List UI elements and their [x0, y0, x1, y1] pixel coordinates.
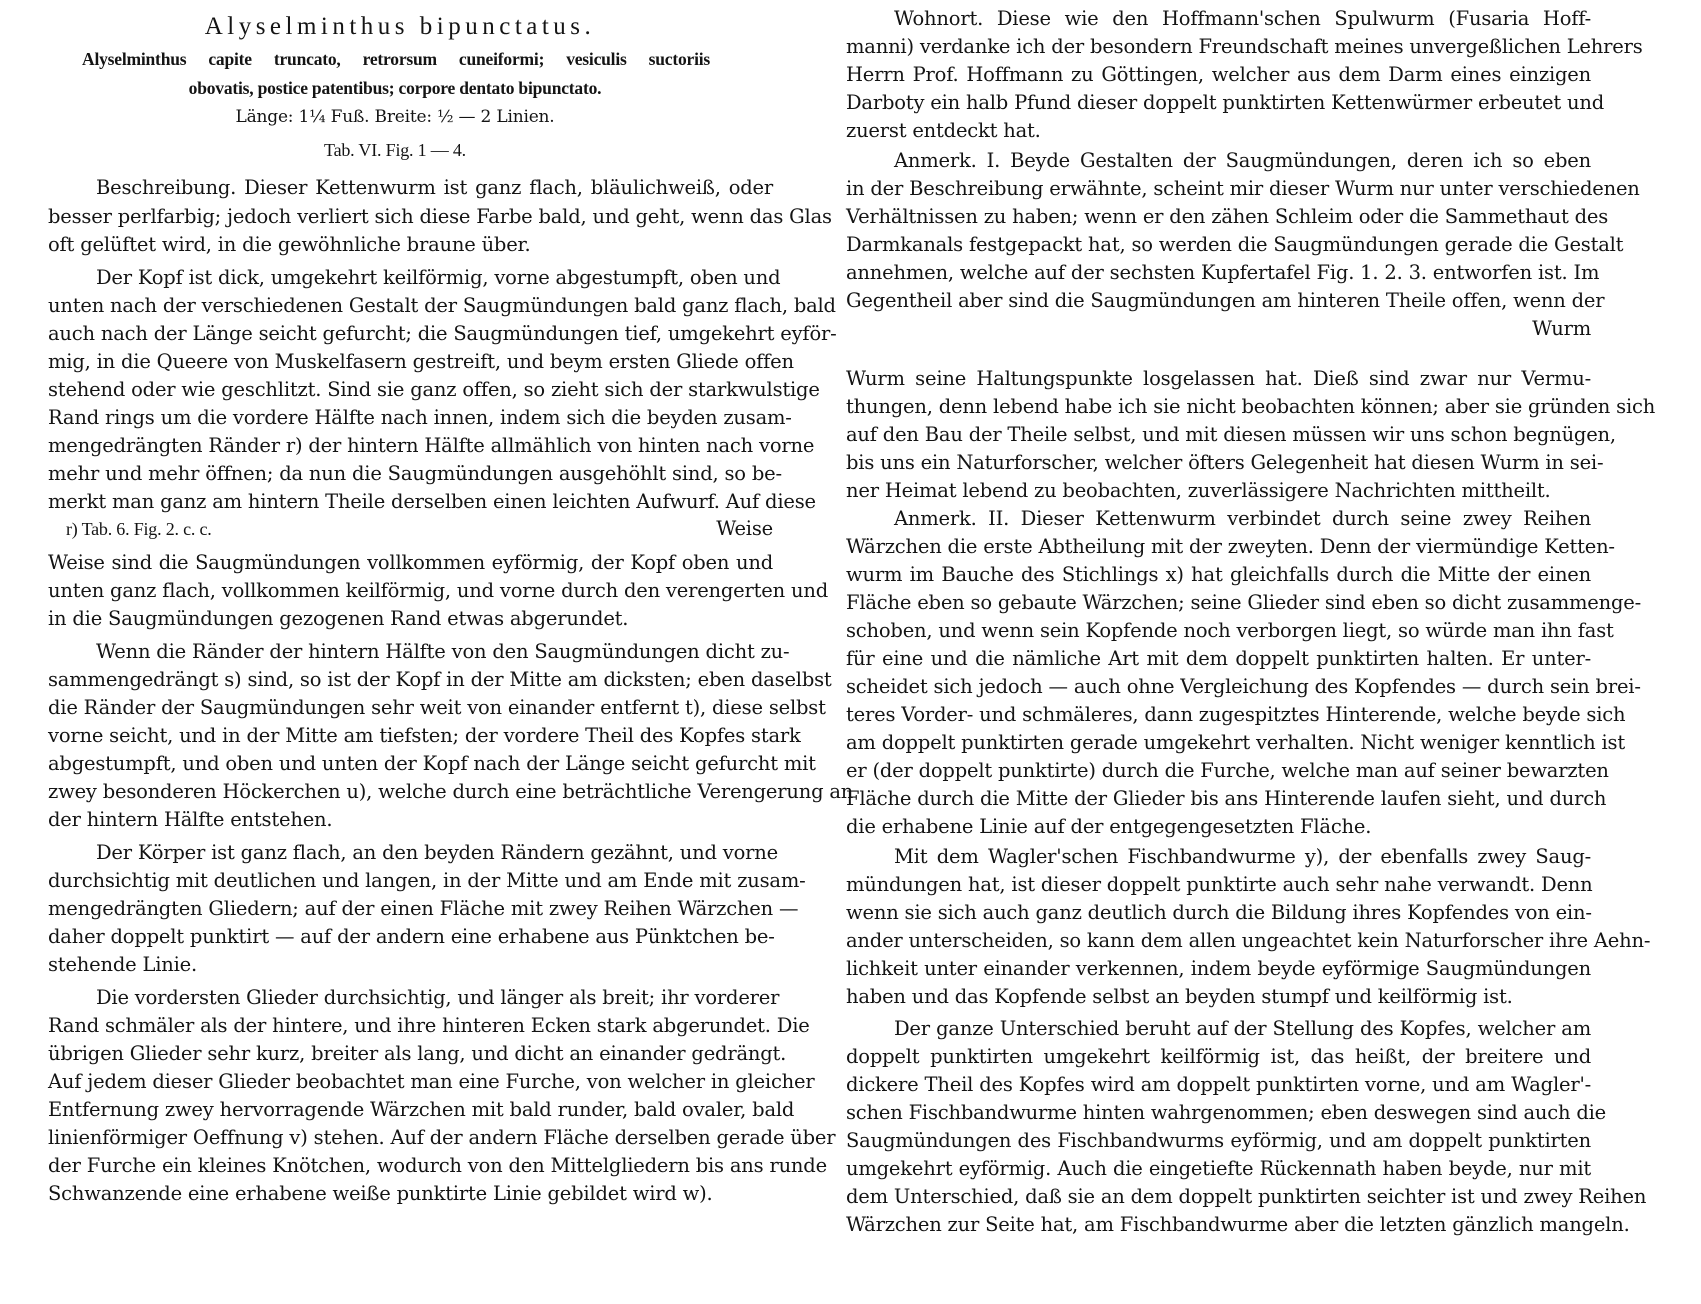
text-line: Rand rings um die vordere Hälfte nach in…: [48, 403, 773, 433]
text-line: Der Körper ist ganz flach, an den beyden…: [48, 838, 773, 868]
text-line: thungen, denn lebend habe ich sie nicht …: [846, 392, 1591, 422]
text-line: Wenn die Ränder der hintern Hälfte von d…: [48, 637, 773, 667]
text-line: der hintern Hälfte entstehen.: [48, 805, 773, 835]
text-line: Darboty ein halb Pfund dieser doppelt pu…: [846, 88, 1591, 118]
text-line: daher doppelt punktirt — auf der andern …: [48, 922, 773, 952]
text-line: Weise sind die Saugmündungen vollkommen …: [48, 548, 773, 578]
text-line: die erhabene Linie auf der entgegengeset…: [846, 812, 1591, 842]
text-line: scheidet sich jedoch — auch ohne Verglei…: [846, 672, 1591, 702]
text-line: schen Fischbandwurme hinten wahrgenommen…: [846, 1098, 1591, 1128]
text-line: mündungen hat, ist dieser doppelt punkti…: [846, 870, 1591, 900]
text-line: zuerst entdeckt hat.: [846, 116, 1591, 146]
text-line: sammengedrängt s) sind, so ist der Kopf …: [48, 665, 773, 695]
latin-diagnosis-line: obovatis, postice patentibus; corpore de…: [0, 73, 790, 103]
text-line: Die vordersten Glieder durchsichtig, und…: [48, 983, 773, 1013]
text-line: Der ganze Unterschied beruht auf der Ste…: [846, 1014, 1591, 1044]
plate-reference: Tab. VI. Fig. 1 — 4.: [0, 135, 790, 165]
text-line: linienförmiger Oeffnung v) stehen. Auf d…: [48, 1123, 773, 1153]
text-line: Gegentheil aber sind die Saugmündungen a…: [846, 286, 1591, 316]
text-line: annehmen, welche auf der sechsten Kupfer…: [846, 258, 1591, 288]
text-line: dem Unterschied, daß sie an dem doppelt …: [846, 1182, 1591, 1212]
text-line: unten ganz flach, vollkommen keilförmig,…: [48, 576, 773, 606]
catchword: Weise: [48, 514, 773, 544]
text-line: in der Beschreibung erwähnte, scheint mi…: [846, 174, 1591, 204]
text-line: Saugmündungen des Fischbandwurms eyförmi…: [846, 1126, 1591, 1156]
text-line: Darmkanals festgepackt hat, so werden di…: [846, 230, 1591, 260]
text-line: Entfernung zwey hervorragende Wärzchen m…: [48, 1095, 773, 1125]
text-line: mengedrängten Ränder r) der hintern Hälf…: [48, 431, 773, 461]
text-line: doppelt punktirten umgekehrt keilförmig …: [846, 1042, 1591, 1072]
text-line: wenn sie sich auch ganz deutlich durch d…: [846, 898, 1591, 928]
text-line: für eine und die nämliche Art mit dem do…: [846, 644, 1591, 674]
text-line: Wohnort. Diese wie den Hoffmann'schen Sp…: [846, 4, 1591, 34]
text-line: unten nach der verschiedenen Gestalt der…: [48, 291, 773, 321]
text-line: wurm im Bauche des Stichlings x) hat gle…: [846, 560, 1591, 590]
text-line: ander unterscheiden, so kann dem allen u…: [846, 926, 1591, 956]
text-line: am doppelt punktirten gerade umgekehrt v…: [846, 728, 1591, 758]
text-line: in die Saugmündungen gezogenen Rand etwa…: [48, 604, 773, 634]
text-line: merkt man ganz am hintern Theile derselb…: [48, 487, 773, 517]
text-line: besser perlfarbig; jedoch verliert sich …: [48, 202, 773, 232]
text-line: Mit dem Wagler'schen Fischbandwurme y), …: [846, 842, 1591, 872]
text-line: er (der doppelt punktirte) durch die Fur…: [846, 756, 1591, 786]
text-line: Fläche eben so gebaute Wärzchen; seine G…: [846, 588, 1591, 618]
text-line: umgekehrt eyförmig. Auch die eingetiefte…: [846, 1154, 1591, 1184]
text-line: stehend oder wie geschlitzt. Sind sie ga…: [48, 375, 773, 405]
text-line: Rand schmäler als der hintere, und ihre …: [48, 1011, 773, 1041]
text-line: dickere Theil des Kopfes wird am doppelt…: [846, 1070, 1591, 1100]
text-line: teres Vorder- und schmäleres, dann zuges…: [846, 700, 1591, 730]
text-line: übrigen Glieder sehr kurz, breiter als l…: [48, 1039, 773, 1069]
text-line: schoben, und wenn sein Kopfende noch ver…: [846, 616, 1591, 646]
text-line: abgestumpft, und oben und unten der Kopf…: [48, 749, 773, 779]
text-line: Verhältnissen zu haben; wenn er den zähe…: [846, 202, 1591, 232]
text-line: mengedrängten Gliedern; auf der einen Fl…: [48, 894, 773, 924]
text-line: auch nach der Länge seicht gefurcht; die…: [48, 319, 773, 349]
text-line: stehende Linie.: [48, 950, 773, 980]
text-line: Wärzchen die erste Abtheilung mit der zw…: [846, 532, 1591, 562]
text-line: Der Kopf ist dick, umgekehrt keilförmig,…: [48, 263, 773, 293]
text-line: Herrn Prof. Hoffmann zu Göttingen, welch…: [846, 60, 1591, 90]
catchword: Wurm: [846, 314, 1591, 344]
text-line: zwey besonderen Höckerchen u), welche du…: [48, 777, 773, 807]
text-line: durchsichtig mit deutlichen und langen, …: [48, 866, 773, 896]
text-line: lichkeit unter einander verkennen, indem…: [846, 954, 1591, 984]
text-line: oft gelüftet wird, in die gewöhnliche br…: [48, 230, 773, 260]
latin-diagnosis-line: Alyselminthus capite truncato, retrorsum…: [82, 44, 710, 74]
text-line: haben und das Kopfende selbst an beyden …: [846, 982, 1591, 1012]
text-line: Anmerk. II. Dieser Kettenwurm verbindet …: [846, 504, 1591, 534]
text-line: der Furche ein kleines Knötchen, wodurch…: [48, 1151, 773, 1181]
text-line: mehr und mehr öffnen; da nun die Saugmün…: [48, 459, 773, 489]
text-line: Wärzchen zur Seite hat, am Fischbandwurm…: [846, 1210, 1591, 1240]
text-line: Schwanzende eine erhabene weiße punktirt…: [48, 1179, 773, 1209]
text-line: vorne seicht, und in der Mitte am tiefst…: [48, 721, 773, 751]
text-line: Anmerk. I. Beyde Gestalten der Saugmündu…: [846, 146, 1591, 176]
text-line: ner Heimat lebend zu beobachten, zuverlä…: [846, 476, 1591, 506]
text-line: die Ränder der Saugmündungen sehr weit v…: [48, 693, 773, 723]
text-line: bis uns ein Naturforscher, welcher öfter…: [846, 448, 1591, 478]
text-line: Beschreibung. Dieser Kettenwurm ist ganz…: [48, 173, 773, 203]
text-line: Fläche durch die Mitte der Glieder bis a…: [846, 784, 1591, 814]
text-line: Wurm seine Haltungspunkte losgelassen ha…: [846, 364, 1591, 394]
text-line: auf den Bau der Theile selbst, und mit d…: [846, 420, 1591, 450]
text-line: mig, in die Queere von Muskelfasern gest…: [48, 347, 773, 377]
measurements: Länge: 1¼ Fuß. Breite: ½ — 2 Linien.: [0, 102, 790, 132]
species-title: Alyselminthus bipunctatus.: [0, 12, 800, 42]
text-line: Auf jedem dieser Glieder beobachtet man …: [48, 1067, 773, 1097]
text-line: manni) verdanke ich der besondern Freund…: [846, 32, 1591, 62]
